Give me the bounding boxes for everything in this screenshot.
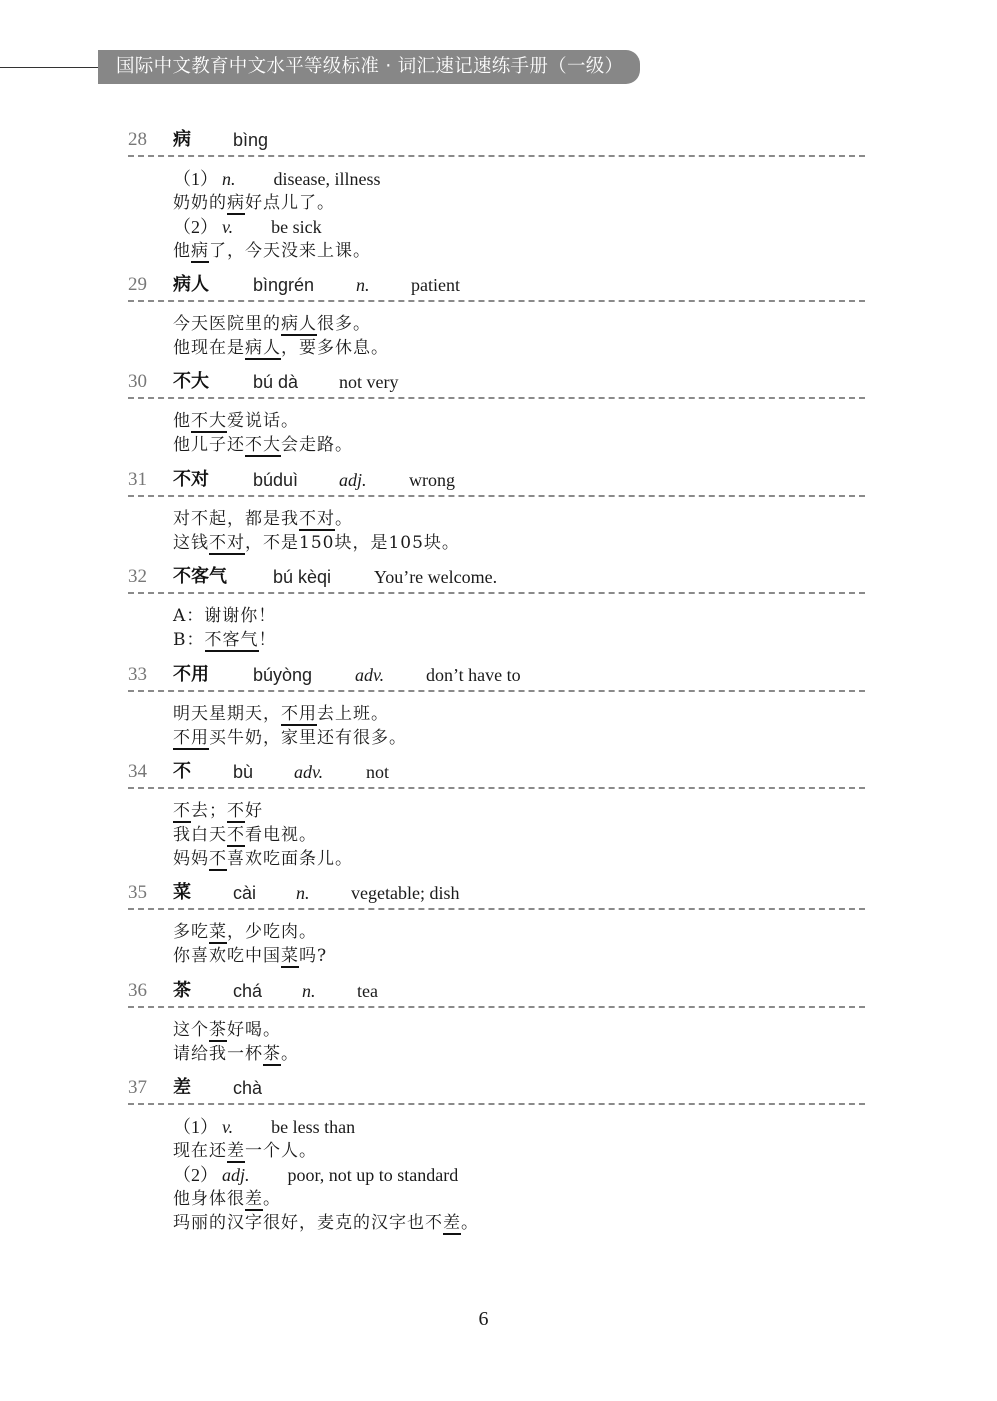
example-sentence: 我白天不看电视。: [173, 823, 865, 847]
highlighted-word: 差: [227, 1141, 245, 1163]
sense-1: （1）v.be less than: [173, 1115, 865, 1139]
entry-number: 31: [128, 466, 147, 494]
entry-body: （1）n.disease, illness 奶奶的病好点儿了。 （2）v.be …: [128, 157, 865, 263]
entry-number: 28: [128, 126, 147, 154]
highlighted-word: 不大: [191, 411, 227, 433]
dialogue-line: B：不客气！: [173, 628, 865, 652]
highlighted-word: 不用: [281, 704, 317, 726]
example-sentence: 现在还差一个人。: [173, 1139, 865, 1163]
example-sentence: 你喜欢吃中国菜吗?: [173, 944, 865, 968]
part-of-speech: v.: [222, 217, 233, 237]
part-of-speech: n.: [356, 271, 370, 299]
entry-body: 明天星期天，不用去上班。 不用买牛奶，家里还有很多。: [128, 692, 865, 750]
entry-number: 29: [128, 271, 147, 299]
entry-body: 今天医院里的病人很多。 他现在是病人，要多休息。: [128, 302, 865, 360]
pinyin: bú kèqi: [273, 563, 331, 591]
example-sentence: 对不起，都是我不对。: [173, 507, 865, 531]
definition: tea: [357, 977, 378, 1005]
part-of-speech: adj.: [222, 1165, 250, 1185]
definition: disease, illness: [274, 169, 381, 189]
vocab-entry-30: 30 不大 bú dà not very 他不大爱说话。 他儿子还不大会走路。: [128, 368, 865, 457]
definition: be less than: [271, 1117, 355, 1137]
highlighted-word: 不大: [245, 435, 281, 457]
part-of-speech: adj.: [339, 466, 367, 494]
pinyin: bú dà: [253, 368, 298, 396]
entry-head: 35 菜 cài n. vegetable; dish: [128, 879, 865, 907]
book-title: 国际中文教育中文水平等级标准 · 词汇速记速练手册（一级）: [116, 56, 623, 77]
entry-head: 29 病人 bìngrén n. patient: [128, 271, 865, 299]
example-sentence: 他现在是病人，要多休息。: [173, 336, 865, 360]
sense-2: （2）v.be sick: [173, 215, 865, 239]
example-sentence: 请给我一杯茶。: [173, 1042, 865, 1066]
definition: vegetable; dish: [351, 879, 459, 907]
headword: 不: [173, 758, 191, 786]
highlighted-word: 病人: [245, 338, 281, 360]
example-sentence: 这个茶好喝。: [173, 1018, 865, 1042]
vocab-entry-33: 33 不用 búyòng adv. don’t have to 明天星期天，不用…: [128, 661, 865, 750]
headword: 不客气: [173, 563, 227, 591]
highlighted-word: 不对: [299, 509, 335, 531]
entry-number: 34: [128, 758, 147, 786]
vocab-entry-28: 28 病 bìng （1）n.disease, illness 奶奶的病好点儿了…: [128, 126, 865, 263]
running-header: 国际中文教育中文水平等级标准 · 词汇速记速练手册（一级）: [98, 50, 640, 84]
definition: wrong: [409, 466, 455, 494]
header-rule: [0, 67, 100, 68]
example-phrase: 不去；不好: [173, 799, 865, 823]
entry-body: 不去；不好 我白天不看电视。 妈妈不喜欢吃面条儿。: [128, 789, 865, 871]
entry-head: 28 病 bìng: [128, 126, 865, 154]
headword: 菜: [173, 879, 191, 907]
sense-label: （2）: [173, 217, 218, 237]
entry-head: 31 不对 búduì adj. wrong: [128, 466, 865, 494]
part-of-speech: n.: [302, 977, 316, 1005]
definition: not very: [339, 368, 398, 396]
example-sentence: 他身体很差。: [173, 1187, 865, 1211]
headword: 病人: [173, 271, 209, 299]
highlighted-word: 菜: [281, 946, 299, 968]
entry-body: （1）v.be less than 现在还差一个人。 （2）adj.poor, …: [128, 1105, 865, 1235]
highlighted-word: 病: [191, 241, 209, 263]
highlighted-word: 病人: [281, 314, 317, 336]
example-sentence: 奶奶的病好点儿了。: [173, 191, 865, 215]
highlighted-word: 不: [227, 825, 245, 847]
pinyin: bìng: [233, 126, 268, 154]
definition: be sick: [271, 217, 321, 237]
example-sentence: 妈妈不喜欢吃面条儿。: [173, 847, 865, 871]
entry-head: 32 不客气 bú kèqi You’re welcome.: [128, 563, 865, 591]
part-of-speech: adv.: [294, 758, 323, 786]
pinyin: chà: [233, 1074, 262, 1102]
headword: 不对: [173, 466, 209, 494]
sense-label: （2）: [173, 1165, 218, 1185]
example-sentence: 不用买牛奶，家里还有很多。: [173, 726, 865, 750]
example-sentence: 这钱不对，不是150块，是105块。: [173, 531, 865, 555]
entry-number: 37: [128, 1074, 147, 1102]
part-of-speech: n.: [222, 169, 236, 189]
part-of-speech: v.: [222, 1117, 233, 1137]
highlighted-word: 不对: [209, 533, 245, 555]
entry-body: 多吃菜，少吃肉。 你喜欢吃中国菜吗?: [128, 910, 865, 968]
highlighted-word: 菜: [209, 922, 227, 944]
example-sentence: 多吃菜，少吃肉。: [173, 920, 865, 944]
highlighted-word: 不: [173, 801, 191, 823]
pinyin: búduì: [253, 466, 298, 494]
vocab-entry-31: 31 不对 búduì adj. wrong 对不起，都是我不对。 这钱不对，不…: [128, 466, 865, 555]
entry-body: 这个茶好喝。 请给我一杯茶。: [128, 1008, 865, 1066]
highlighted-word: 不客气: [205, 630, 259, 652]
highlighted-word: 不: [209, 849, 227, 871]
entry-body: A：谢谢你！ B：不客气！: [128, 594, 865, 652]
highlighted-word: 茶: [209, 1020, 227, 1042]
definition: You’re welcome.: [374, 563, 497, 591]
definition: patient: [411, 271, 460, 299]
example-sentence: 玛丽的汉字很好，麦克的汉字也不差。: [173, 1211, 865, 1235]
highlighted-word: 不: [227, 801, 245, 823]
entry-number: 33: [128, 661, 147, 689]
vocab-entry-36: 36 茶 chá n. tea 这个茶好喝。 请给我一杯茶。: [128, 977, 865, 1066]
vocab-entry-34: 34 不 bù adv. not 不去；不好 我白天不看电视。 妈妈不喜欢吃面条…: [128, 758, 865, 871]
sense-1: （1）n.disease, illness: [173, 167, 865, 191]
sense-label: （1）: [173, 169, 218, 189]
example-sentence: 他不大爱说话。: [173, 409, 865, 433]
example-sentence: 今天医院里的病人很多。: [173, 312, 865, 336]
entry-body: 对不起，都是我不对。 这钱不对，不是150块，是105块。: [128, 497, 865, 555]
entry-head: 37 差 chà: [128, 1074, 865, 1102]
pinyin: bìngrén: [253, 271, 314, 299]
highlighted-word: 差: [245, 1189, 263, 1211]
sense-label: （1）: [173, 1117, 218, 1137]
pinyin: bù: [233, 758, 253, 786]
entry-head: 33 不用 búyòng adv. don’t have to: [128, 661, 865, 689]
entry-head: 36 茶 chá n. tea: [128, 977, 865, 1005]
vocab-entry-37: 37 差 chà （1）v.be less than 现在还差一个人。 （2）a…: [128, 1074, 865, 1235]
definition: don’t have to: [426, 661, 521, 689]
pinyin: chá: [233, 977, 262, 1005]
dialogue-line: A：谢谢你！: [173, 604, 865, 628]
headword: 差: [173, 1074, 191, 1102]
sense-2: （2）adj.poor, not up to standard: [173, 1163, 865, 1187]
highlighted-word: 茶: [263, 1044, 281, 1066]
page-number: 6: [0, 1308, 967, 1331]
example-sentence: 明天星期天，不用去上班。: [173, 702, 865, 726]
entry-number: 36: [128, 977, 147, 1005]
headword: 不用: [173, 661, 209, 689]
definition: not: [366, 758, 389, 786]
entry-number: 35: [128, 879, 147, 907]
part-of-speech: adv.: [355, 661, 384, 689]
example-sentence: 他儿子还不大会走路。: [173, 433, 865, 457]
entry-body: 他不大爱说话。 他儿子还不大会走路。: [128, 399, 865, 457]
entry-head: 34 不 bù adv. not: [128, 758, 865, 786]
pinyin: búyòng: [253, 661, 312, 689]
definition: poor, not up to standard: [288, 1165, 459, 1185]
vocab-entry-29: 29 病人 bìngrén n. patient 今天医院里的病人很多。 他现在…: [128, 271, 865, 360]
headword: 不大: [173, 368, 209, 396]
highlighted-word: 不用: [173, 728, 209, 750]
vocab-entry-32: 32 不客气 bú kèqi You’re welcome. A：谢谢你！ B：…: [128, 563, 865, 652]
vocab-entry-35: 35 菜 cài n. vegetable; dish 多吃菜，少吃肉。 你喜欢…: [128, 879, 865, 968]
entry-head: 30 不大 bú dà not very: [128, 368, 865, 396]
highlighted-word: 病: [227, 193, 245, 215]
headword: 病: [173, 126, 191, 154]
headword: 茶: [173, 977, 191, 1005]
example-sentence: 他病了，今天没来上课。: [173, 239, 865, 263]
pinyin: cài: [233, 879, 256, 907]
part-of-speech: n.: [296, 879, 310, 907]
entry-number: 32: [128, 563, 147, 591]
entry-number: 30: [128, 368, 147, 396]
highlighted-word: 差: [443, 1213, 461, 1235]
